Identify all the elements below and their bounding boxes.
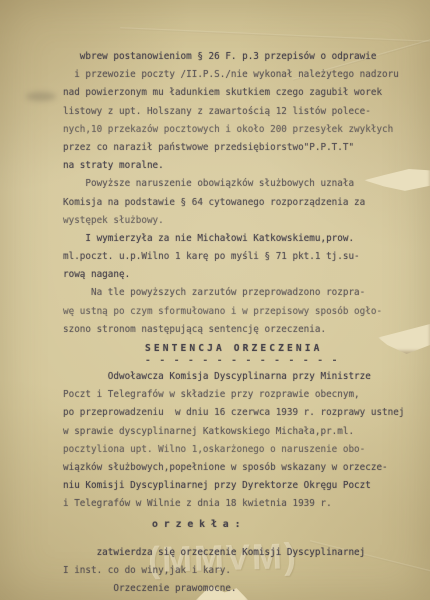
text-line: po przeprowadzeniu w dniu 16 czerwca 193… [63,404,404,422]
text-line: Komisja na podstawie § 64 cytowanego roz… [63,194,399,212]
text-line: występek służbowy. [63,212,399,230]
text-line: zatwierdza się orzeczenie Komisji Dyscyp… [63,544,365,562]
body-paragraphs-middle: Odwoławcza Komisja Dyscyplinarna przy Mi… [63,368,404,514]
text-line: wę ustną po czym sformułowano i w przepi… [63,303,399,321]
verdict-lead-in: o r z e k ł a : [152,519,240,530]
text-line: Orzeczenie prawomocne. [63,580,365,598]
text-line: nych,10 przekazów pocztowych i około 200… [63,121,399,139]
text-line: wiązków służbowych,popełnione w sposób w… [63,459,404,477]
text-line: i przewozie poczty /II.P.S./nie wykonał … [63,66,399,84]
text-line: nad powierzonym mu ładunkiem skutkiem cz… [63,84,399,102]
text-line: Powyższe naruszenie obowiązków służbowyc… [63,175,399,193]
text-line: Odwoławcza Komisja Dyscyplinarna przy Mi… [63,368,404,386]
text-line: w sprawie dyscyplinarnej Katkowskiego Mi… [63,423,404,441]
section-heading-underline: - - - - - - - - - - - - - - [145,355,339,366]
verdict-paragraph: zatwierdza się orzeczenie Komisji Dyscyp… [63,544,365,599]
text-line: listowy z upt. Holszany z zawartością 12… [63,103,399,121]
text-line: niu Komisji Dyscyplinarnej przy Dyrektor… [63,477,404,495]
text-line: ml.poczt. u.p.Wilno 1 karę po myśli § 71… [63,248,399,266]
text-line: rową naganę. [63,266,399,284]
text-line: szono stronom następującą sentencję orze… [63,321,399,339]
text-line: i Telegrafów w Wilnie z dnia 18 kwietnia… [63,495,404,513]
paper-crease [120,27,430,43]
text-line: I inst. co do winy,jak i kary. [63,562,365,580]
body-paragraphs-top: wbrew postanowieniom § 26 F. p.3 przepis… [63,48,399,339]
text-line: wbrew postanowieniom § 26 F. p.3 przepis… [63,48,399,66]
text-line: przez co naraził państwowe przedsiębiors… [63,139,399,157]
text-line: na straty moralne. [63,157,399,175]
text-line: I wymierzyła za nie Michałowi Katkowskie… [63,230,399,248]
text-line: Na tle powyższych zarzutów przeprowadzon… [63,284,399,302]
text-line: Poczt i Telegrafów w składzie przy rozpr… [63,386,404,404]
ink-smudge [26,92,56,101]
section-heading: SENTENCJA ORZECZENIA [145,343,323,354]
document-page: (MMVM) wbrew postanowieniom § 26 F. p.3 … [0,0,430,600]
text-line: pocztyliona upt. Wilno 1,oskarżonego o n… [63,441,404,459]
